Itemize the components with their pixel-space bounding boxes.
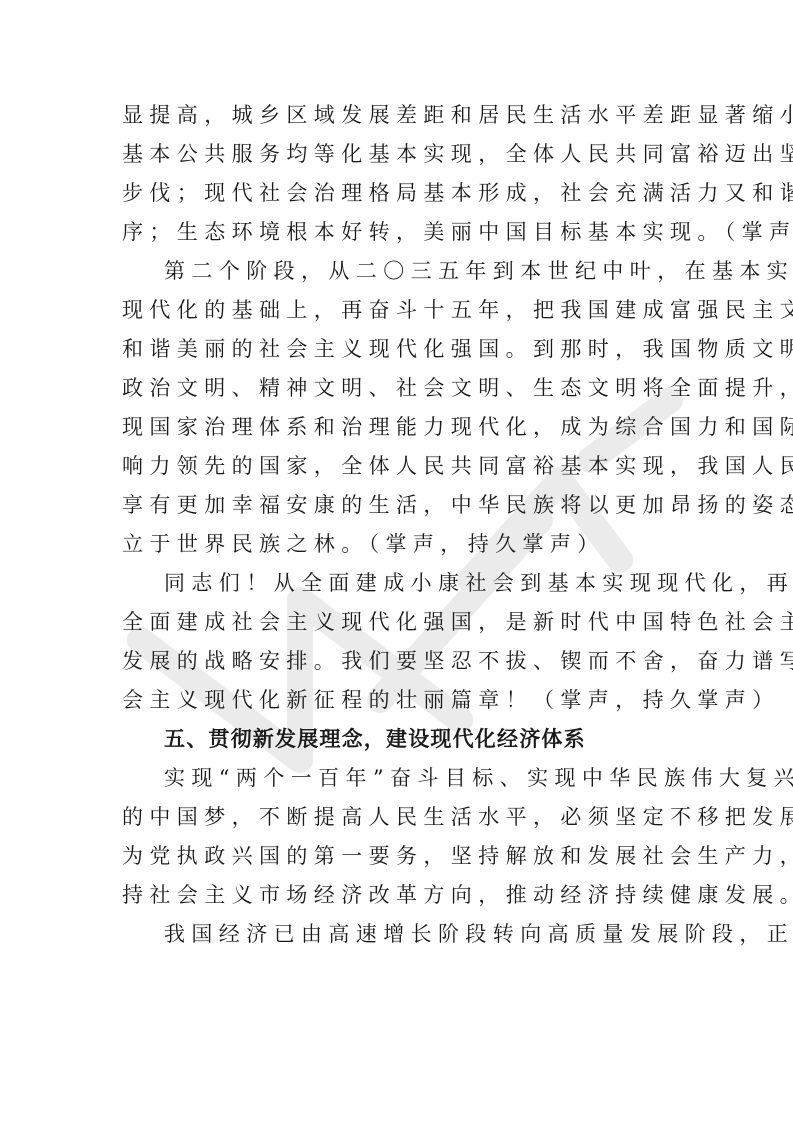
text-line: 第二个阶段，从二〇三五年到本世纪中叶，在基本实现: [122, 252, 674, 291]
text-line: 基本公共服务均等化基本实现，全体人民共同富裕迈出坚实: [122, 135, 674, 174]
text-line: 显提高，城乡区域发展差距和居民生活水平差距显著缩小，: [122, 96, 674, 135]
text-line: 会主义现代化新征程的壮丽篇章！（掌声，持久掌声）: [122, 681, 674, 720]
text-line: 持社会主义市场经济改革方向，推动经济持续健康发展。: [122, 876, 674, 915]
text-line: 现代化的基础上，再奋斗十五年，把我国建成富强民主文明: [122, 291, 674, 330]
text-line: 步伐；现代社会治理格局基本形成，社会充满活力又和谐有: [122, 174, 674, 213]
text-line: 为党执政兴国的第一要务，坚持解放和发展社会生产力，坚: [122, 837, 674, 876]
text-line: 发展的战略安排。我们要坚忍不拔、锲而不舍，奋力谱写社: [122, 642, 674, 681]
text-line: 立于世界民族之林。（掌声，持久掌声）: [122, 525, 674, 564]
text-line: 享有更加幸福安康的生活，中华民族将以更加昂扬的姿态屹: [122, 486, 674, 525]
document-body-part1: 显提高，城乡区域发展差距和居民生活水平差距显著缩小，基本公共服务均等化基本实现，…: [122, 96, 674, 720]
text-line: 响力领先的国家，全体人民共同富裕基本实现，我国人民将: [122, 447, 674, 486]
text-line: 同志们！从全面建成小康社会到基本实现现代化，再到: [122, 564, 674, 603]
text-line: 的中国梦，不断提高人民生活水平，必须坚定不移把发展作: [122, 798, 674, 837]
text-line: 实现“两个一百年”奋斗目标、实现中华民族伟大复兴: [122, 759, 674, 798]
document-body-part2: 实现“两个一百年”奋斗目标、实现中华民族伟大复兴的中国梦，不断提高人民生活水平，…: [122, 759, 674, 954]
text-line: 序；生态环境根本好转，美丽中国目标基本实现。（掌声）: [122, 213, 674, 252]
text-line: 全面建成社会主义现代化强国，是新时代中国特色社会主义: [122, 603, 674, 642]
text-line: 和谐美丽的社会主义现代化强国。到那时，我国物质文明、: [122, 330, 674, 369]
text-line: 现国家治理体系和治理能力现代化，成为综合国力和国际影: [122, 408, 674, 447]
text-line: 我国经济已由高速增长阶段转向高质量发展阶段，正处: [122, 915, 674, 954]
text-line: 政治文明、精神文明、社会文明、生态文明将全面提升，实: [122, 369, 674, 408]
document-page: 显提高，城乡区域发展差距和居民生活水平差距显著缩小，基本公共服务均等化基本实现，…: [122, 96, 674, 954]
section-heading: 五、贯彻新发展理念，建设现代化经济体系: [122, 720, 674, 759]
